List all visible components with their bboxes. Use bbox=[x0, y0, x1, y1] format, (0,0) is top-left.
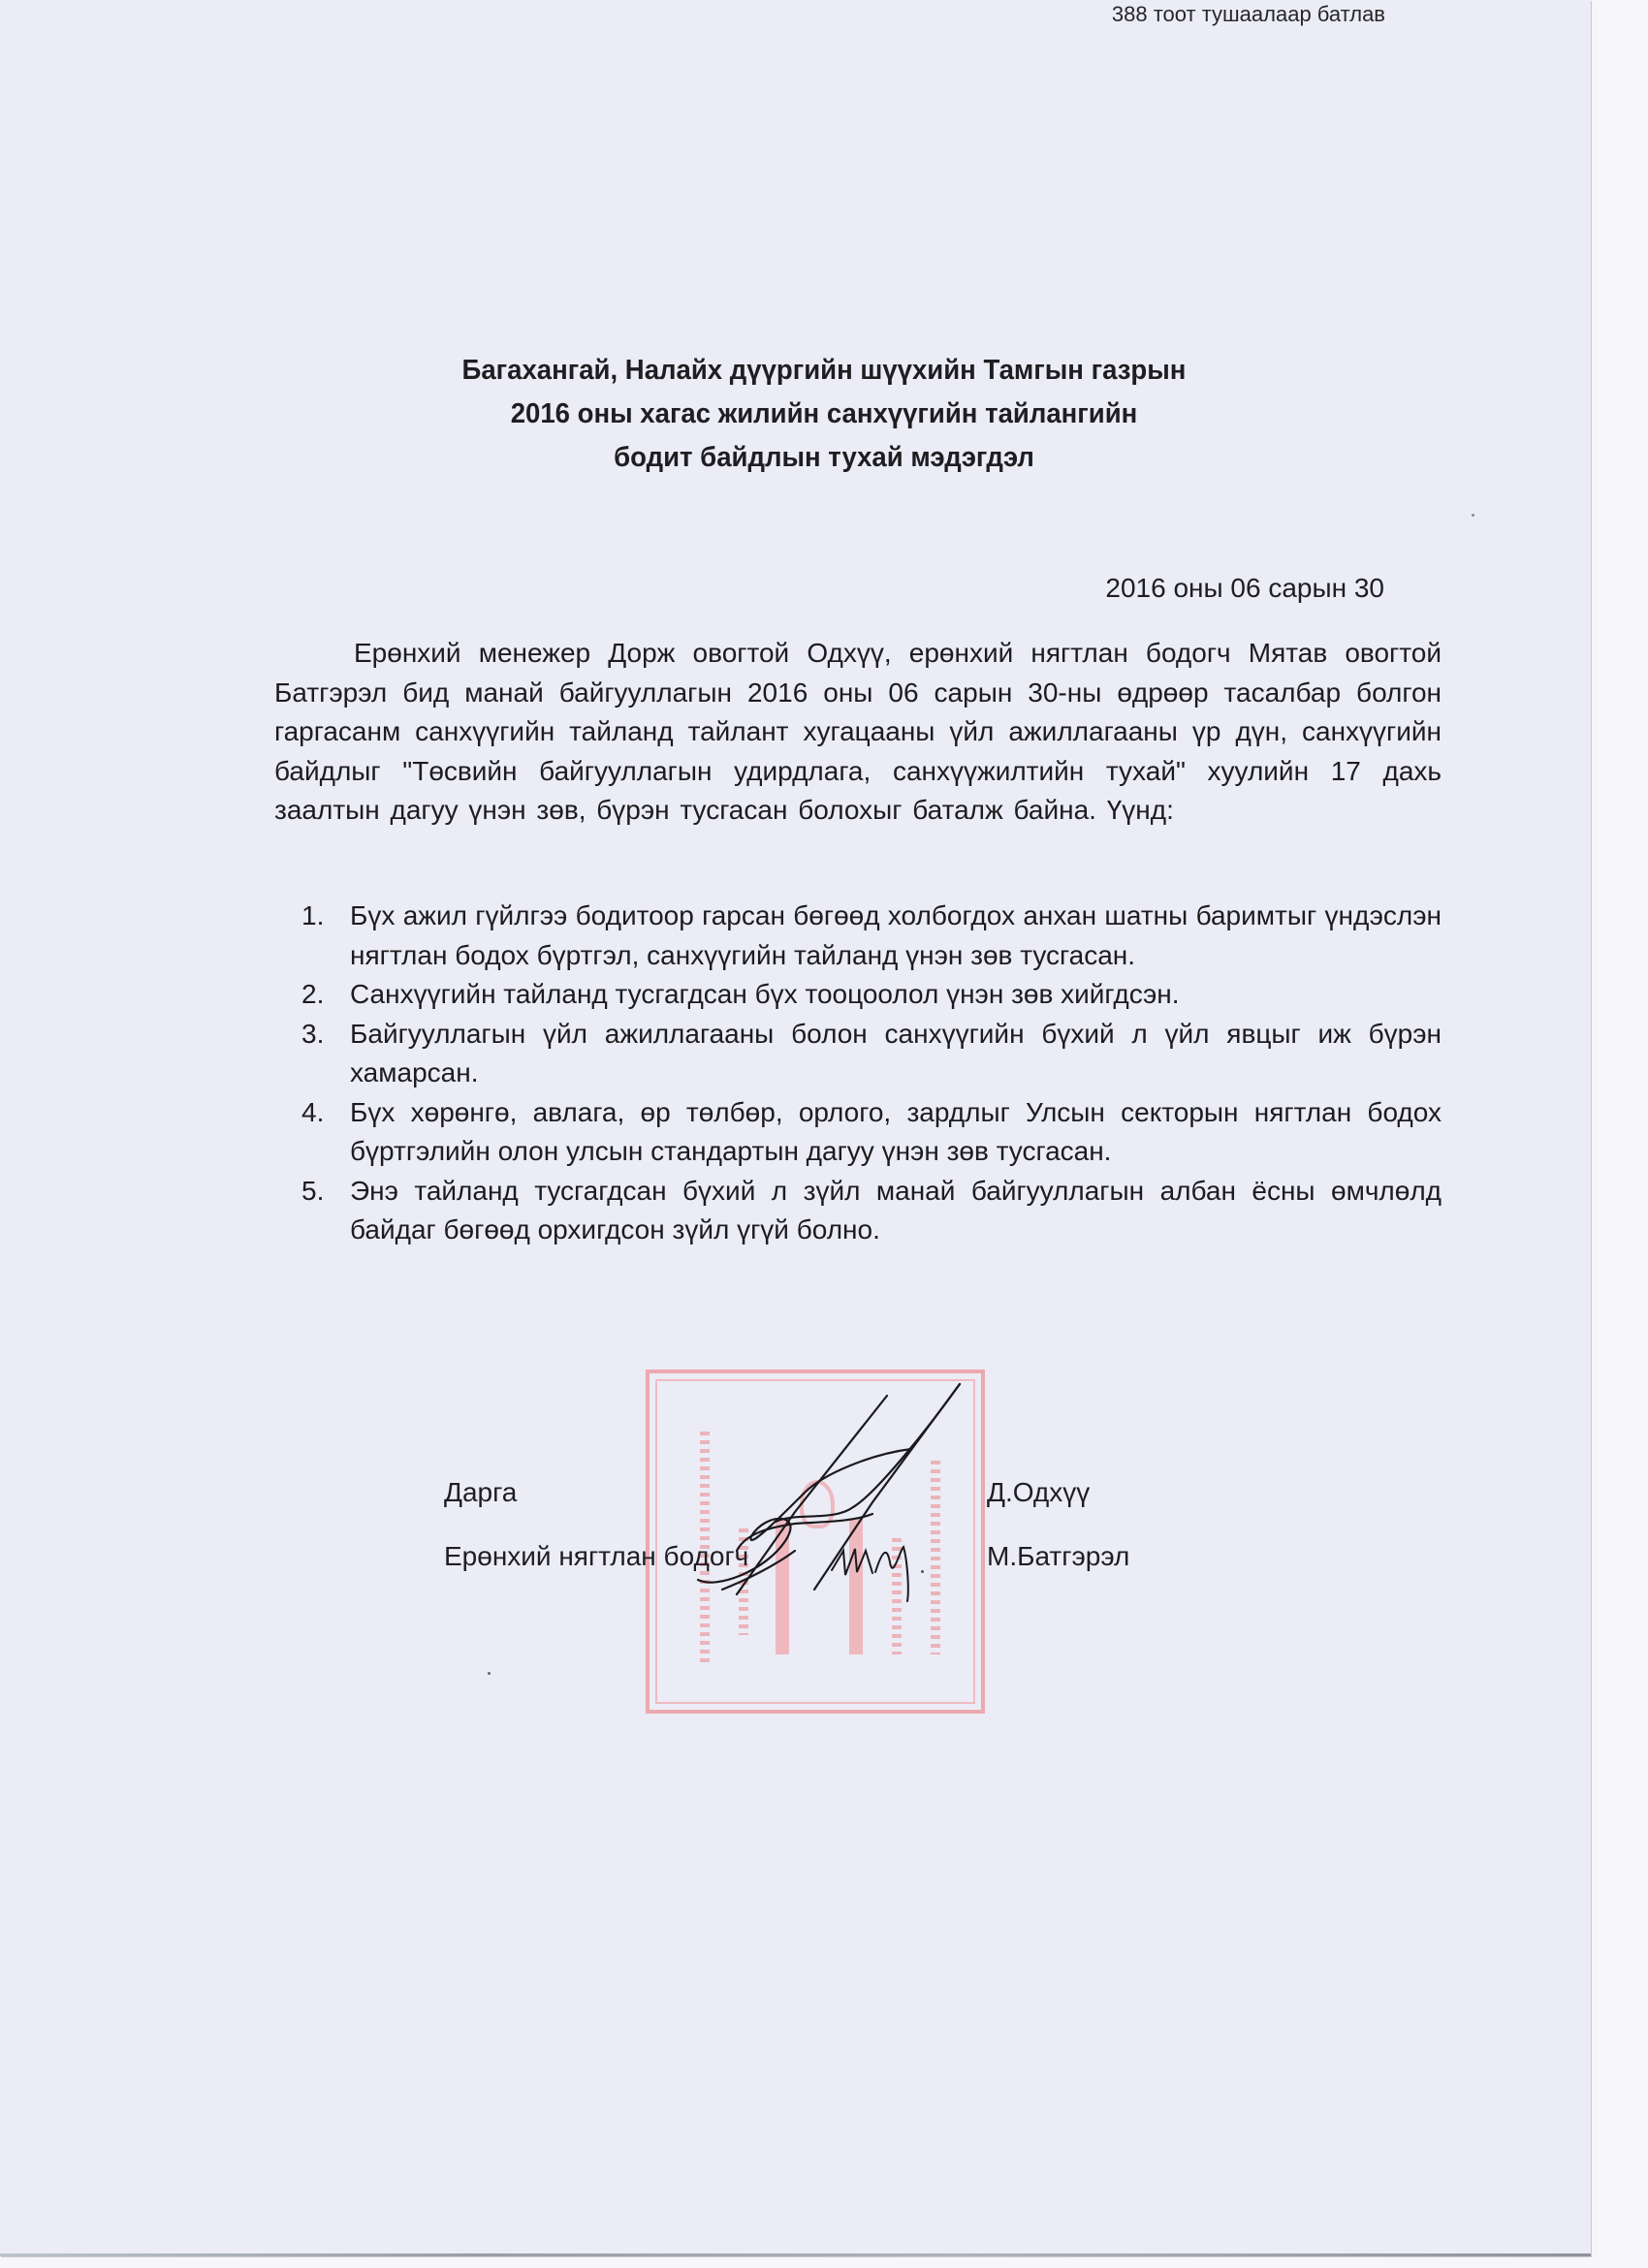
list-text: Байгууллагын үйл ажиллагааны болон санхү… bbox=[350, 1019, 1442, 1088]
stamp-script-inner-right bbox=[892, 1538, 902, 1654]
title-line-2: 2016 оны хагас жилийн санхүүгийн тайланг… bbox=[42, 393, 1607, 436]
document-title: Багахангай, Налайх дүүргийн шүүхийн Тамг… bbox=[42, 349, 1607, 480]
list-item: 2.Санхүүгийн тайланд тусгагдсан бүх тооц… bbox=[274, 975, 1442, 1015]
body-paragraph: Ерөнхий менежер Дорж овогтой Одхүү, ерөн… bbox=[274, 634, 1442, 831]
signatory-role-1: Дарга bbox=[444, 1477, 517, 1508]
list-item: 5.Энэ тайланд тусгагдсан бүхий л зүйл ма… bbox=[274, 1172, 1442, 1250]
list-item: 3.Байгууллагын үйл ажиллагааны болон сан… bbox=[274, 1015, 1442, 1093]
list-number: 2. bbox=[301, 975, 324, 1015]
signatory-name-2: М.Батгэрэл bbox=[987, 1541, 1129, 1572]
scanned-page: Сангийн сайдын 2006 оны 388 тоот тушаала… bbox=[0, 0, 1591, 2256]
signatory-name-1: Д.Одхүү bbox=[987, 1477, 1090, 1508]
list-number: 1. bbox=[301, 897, 324, 936]
list-number: 5. bbox=[301, 1172, 324, 1212]
stamp-emblem-icon bbox=[776, 1519, 863, 1654]
statement-list: 1.Бүх ажил гүйлгээ бодитоор гарсан бөгөө… bbox=[274, 897, 1442, 1250]
approval-line-2: 388 тоот тушаалаар батлав bbox=[1112, 0, 1385, 29]
title-line-3: бодит байдлын тухай мэдэгдэл bbox=[42, 436, 1607, 480]
title-line-1: Багахангай, Налайх дүүргийн шүүхийн Тамг… bbox=[42, 349, 1607, 393]
approval-note: Сангийн сайдын 2006 оны 388 тоот тушаала… bbox=[1112, 0, 1385, 29]
scan-speck bbox=[488, 1672, 491, 1675]
list-text: Бүх хөрөнгө, авлага, өр төлбөр, орлого, … bbox=[350, 1097, 1442, 1167]
list-number: 4. bbox=[301, 1093, 324, 1133]
ink-dot bbox=[921, 1570, 924, 1573]
list-item: 1.Бүх ажил гүйлгээ бодитоор гарсан бөгөө… bbox=[274, 897, 1442, 975]
list-text: Энэ тайланд тусгагдсан бүхий л зүйл мана… bbox=[350, 1176, 1442, 1245]
document-date: 2016 оны 06 сарын 30 bbox=[1105, 573, 1384, 604]
stamp-script-right bbox=[931, 1461, 940, 1654]
signatory-role-2: Ерөнхий нягтлан бодогч bbox=[444, 1541, 748, 1572]
list-item: 4.Бүх хөрөнгө, авлага, өр төлбөр, орлого… bbox=[274, 1093, 1442, 1172]
scan-speck bbox=[1472, 514, 1474, 517]
list-number: 3. bbox=[301, 1015, 324, 1055]
list-text: Санхүүгийн тайланд тусгагдсан бүх тооцоо… bbox=[350, 979, 1180, 1009]
list-text: Бүх ажил гүйлгээ бодитоор гарсан бөгөөд … bbox=[350, 900, 1442, 970]
